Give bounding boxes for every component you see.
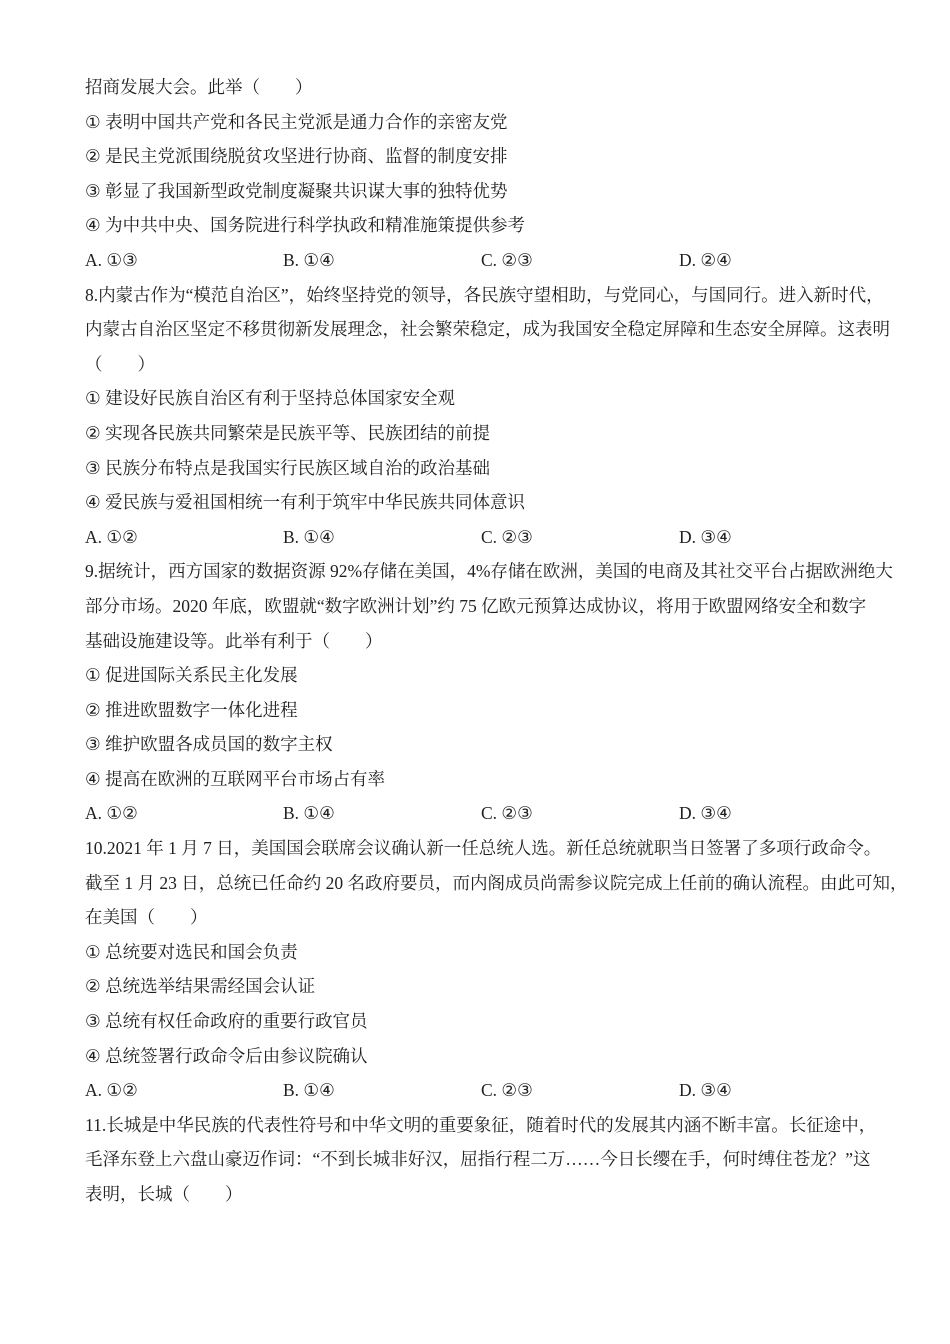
stem-line: 9.据统计，西方国家的数据资源 92%存储在美国，4%存储在欧洲，美国的电商及其…: [85, 554, 865, 589]
choice-line-3: ③ 民族分布特点是我国实行民族区域自治的政治基础: [85, 451, 865, 486]
stem-line: （ ）: [85, 347, 865, 382]
choice-line-1: ① 促进国际关系民主化发展: [85, 658, 865, 693]
stem-line: 基础设施建设等。此举有利于（ ）: [85, 624, 865, 659]
answer-option-b: B. ①④: [283, 796, 481, 831]
answers-row: A. ①② B. ①④ C. ②③ D. ③④: [85, 520, 865, 555]
answer-option-d: D. ②④: [679, 243, 865, 278]
answer-option-c: C. ②③: [481, 796, 679, 831]
stem-line: 截至 1 月 23 日，总统已任命约 20 名政府要员，而内阁成员尚需参议院完成…: [85, 866, 865, 901]
answer-option-c: C. ②③: [481, 520, 679, 555]
stem-line: 内蒙古自治区坚定不移贯彻新发展理念，社会繁荣稳定，成为我国安全稳定屏障和生态安全…: [85, 312, 865, 347]
choice-line-1: ① 总统要对选民和国会负责: [85, 935, 865, 970]
answers-row: A. ①③ B. ①④ C. ②③ D. ②④: [85, 243, 865, 278]
choice-line-3: ③ 维护欧盟各成员国的数字主权: [85, 727, 865, 762]
stem-line: 表明，长城（ ）: [85, 1177, 865, 1212]
question-block-10: 10.2021 年 1 月 7 日，美国国会联席会议确认新一任总统人选。新任总统…: [85, 831, 865, 1108]
choice-line-4: ④ 爱民族与爱祖国相统一有利于筑牢中华民族共同体意识: [85, 485, 865, 520]
answers-row: A. ①② B. ①④ C. ②③ D. ③④: [85, 796, 865, 831]
choice-line-3: ③ 彰显了我国新型政党制度凝聚共识谋大事的独特优势: [85, 174, 865, 209]
choice-line-2: ② 实现各民族共同繁荣是民族平等、民族团结的前提: [85, 416, 865, 451]
answer-option-b: B. ①④: [283, 1073, 481, 1108]
answer-option-d: D. ③④: [679, 1073, 865, 1108]
choice-line-2: ② 是民主党派围绕脱贫攻坚进行协商、监督的制度安排: [85, 139, 865, 174]
answer-option-d: D. ③④: [679, 796, 865, 831]
answers-row: A. ①② B. ①④ C. ②③ D. ③④: [85, 1073, 865, 1108]
exam-document-page: 招商发展大会。此举（ ） ① 表明中国共产党和各民主党派是通力合作的亲密友党 ②…: [0, 0, 950, 1344]
answer-option-a: A. ①②: [85, 520, 283, 555]
choice-line-2: ② 推进欧盟数字一体化进程: [85, 693, 865, 728]
choice-line-4: ④ 提高在欧洲的互联网平台市场占有率: [85, 762, 865, 797]
answer-option-c: C. ②③: [481, 243, 679, 278]
stem-line: 11.长城是中华民族的代表性符号和中华文明的重要象征，随着时代的发展其内涵不断丰…: [85, 1108, 865, 1143]
choice-line-4: ④ 为中共中央、国务院进行科学执政和精准施策提供参考: [85, 208, 865, 243]
choice-line-4: ④ 总统签署行政命令后由参议院确认: [85, 1039, 865, 1074]
stem-line: 部分市场。2020 年底，欧盟就“数字欧洲计划”约 75 亿欧元预算达成协议，将…: [85, 589, 865, 624]
choice-line-2: ② 总统选举结果需经国会认证: [85, 969, 865, 1004]
answer-option-a: A. ①②: [85, 796, 283, 831]
choice-line-3: ③ 总统有权任命政府的重要行政官员: [85, 1004, 865, 1039]
question-block-8: 8.内蒙古作为“模范自治区”，始终坚持党的领导，各民族守望相助，与党同心，与国同…: [85, 278, 865, 555]
stem-line: 8.内蒙古作为“模范自治区”，始终坚持党的领导，各民族守望相助，与党同心，与国同…: [85, 278, 865, 313]
answer-option-a: A. ①③: [85, 243, 283, 278]
answer-option-d: D. ③④: [679, 520, 865, 555]
stem-line: 招商发展大会。此举（ ）: [85, 70, 865, 105]
question-block-7-continuation: 招商发展大会。此举（ ） ① 表明中国共产党和各民主党派是通力合作的亲密友党 ②…: [85, 70, 865, 278]
question-block-9: 9.据统计，西方国家的数据资源 92%存储在美国，4%存储在欧洲，美国的电商及其…: [85, 554, 865, 831]
question-block-11: 11.长城是中华民族的代表性符号和中华文明的重要象征，随着时代的发展其内涵不断丰…: [85, 1108, 865, 1212]
stem-line: 10.2021 年 1 月 7 日，美国国会联席会议确认新一任总统人选。新任总统…: [85, 831, 865, 866]
stem-line: 在美国（ ）: [85, 900, 865, 935]
answer-option-c: C. ②③: [481, 1073, 679, 1108]
answer-option-b: B. ①④: [283, 243, 481, 278]
stem-line: 毛泽东登上六盘山豪迈作词：“不到长城非好汉，屈指行程二万……今日长缨在手，何时缚…: [85, 1142, 865, 1177]
answer-option-b: B. ①④: [283, 520, 481, 555]
choice-line-1: ① 建设好民族自治区有利于坚持总体国家安全观: [85, 381, 865, 416]
answer-option-a: A. ①②: [85, 1073, 283, 1108]
choice-line-1: ① 表明中国共产党和各民主党派是通力合作的亲密友党: [85, 105, 865, 140]
